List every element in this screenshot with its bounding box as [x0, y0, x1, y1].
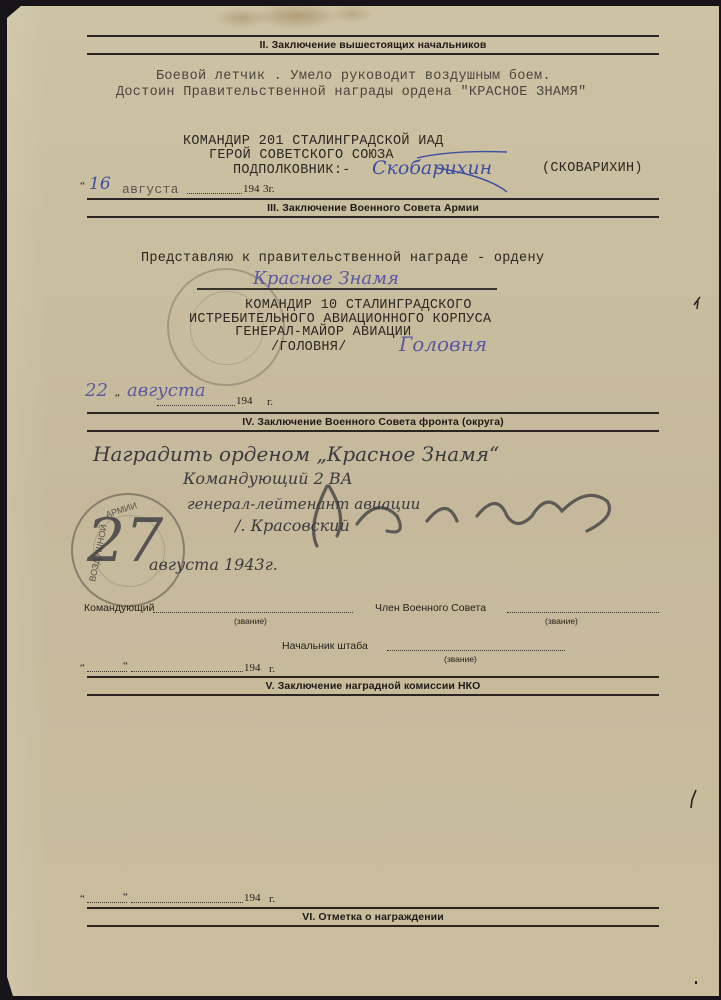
section5-header: V. Заключение наградной комиссии НКО [87, 680, 659, 692]
section-rule [87, 412, 659, 414]
date-quote-close: “ [123, 891, 128, 903]
section3-header: III. Заключение Военного Совета Армии [87, 202, 659, 214]
date-quote-open: “ [80, 893, 85, 905]
section2-date-year: 194 [243, 183, 260, 195]
section2-name: (СКОВАРИХИН) [542, 161, 643, 176]
section-rule [87, 676, 659, 678]
dotted-line [187, 193, 242, 194]
dotted-line [507, 612, 659, 613]
section3-date-day: 22 [85, 380, 108, 401]
section3-date-year: 194 [236, 395, 253, 407]
section3-text-line1: Представляю к правительственной награде … [141, 251, 544, 266]
section4-date-year: 194 [244, 662, 261, 674]
ink-speck [690, 295, 710, 315]
section-rule [87, 694, 659, 696]
section3-sig-line1: КОМАНДИР 10 СТАЛИНГРАДСКОГО [245, 298, 472, 313]
section3-date-year-suffix: г. [267, 396, 273, 408]
section3-sig-line4: /ГОЛОВНЯ/ [271, 340, 347, 355]
document-page: II. Заключение вышестоящих начальников Б… [7, 6, 719, 996]
section-rule [87, 907, 659, 909]
section2-header: II. Заключение вышестоящих начальников [87, 39, 659, 51]
ink-speck [688, 788, 702, 812]
section4-signature [287, 476, 627, 556]
section2-date-month: августа [122, 182, 179, 197]
section3-date-month: августа [127, 380, 206, 401]
section2-date-year-suffix: 3г. [263, 183, 275, 195]
section2-sig-line3: ПОДПОЛКОВНИК:- [233, 163, 351, 178]
dotted-line [387, 650, 565, 651]
section3-sig-line3: ГЕНЕРАЛ-МАЙОР АВИАЦИИ [235, 325, 411, 340]
dotted-line [87, 902, 127, 903]
section3-handwritten-order: Красное Знамя [253, 268, 399, 289]
date-quote-open: “ [80, 662, 85, 674]
section-rule [87, 198, 659, 200]
dotted-line [87, 671, 127, 672]
rank-label: (звание) [234, 616, 267, 626]
section-rule [87, 216, 659, 218]
rank-label: (звание) [444, 654, 477, 664]
section2-date-day: 16 [89, 174, 111, 194]
section4-date-year-suffix: г. [269, 663, 275, 675]
council-member-label: Член Военного Совета [375, 602, 486, 614]
ink-speck [695, 981, 697, 984]
section2-sig-line1: КОМАНДИР 201 СТАЛИНГРАДСКОЙ ИАД [183, 134, 443, 149]
section4-hand-date: августа 1943г. [149, 555, 278, 574]
section5-date-year-suffix: г. [269, 893, 275, 905]
dotted-line [157, 405, 235, 406]
section-rule [87, 53, 659, 55]
chief-of-staff-label: Начальник штаба [282, 640, 368, 652]
dotted-line [153, 612, 353, 613]
section4-hand-line1: Наградить орденом „Красное Знамя“ [93, 442, 499, 466]
section6-header: VI. Отметка о награждении [87, 911, 659, 923]
rank-label: (звание) [545, 616, 578, 626]
section5-date-year: 194 [244, 892, 261, 904]
section2-text-line1: Боевой летчик . Умело руководит воздушны… [156, 69, 551, 84]
section2-text-line2: Достоин Правительственной награды ордена… [116, 85, 586, 100]
section-rule [87, 35, 659, 37]
dotted-line [131, 671, 243, 672]
section3-signature: Головня [399, 332, 487, 356]
section-rule [87, 430, 659, 432]
dotted-line [131, 902, 243, 903]
section-rule [87, 925, 659, 927]
signature-flourish [357, 154, 537, 194]
date-quote-open: “ [80, 180, 85, 192]
date-quote-close: “ [115, 392, 120, 404]
date-quote-close: “ [123, 660, 128, 672]
section4-header: IV. Заключение Военного Совета фронта (о… [87, 416, 659, 428]
underline [197, 288, 497, 290]
commander-label: Командующий [84, 602, 154, 614]
